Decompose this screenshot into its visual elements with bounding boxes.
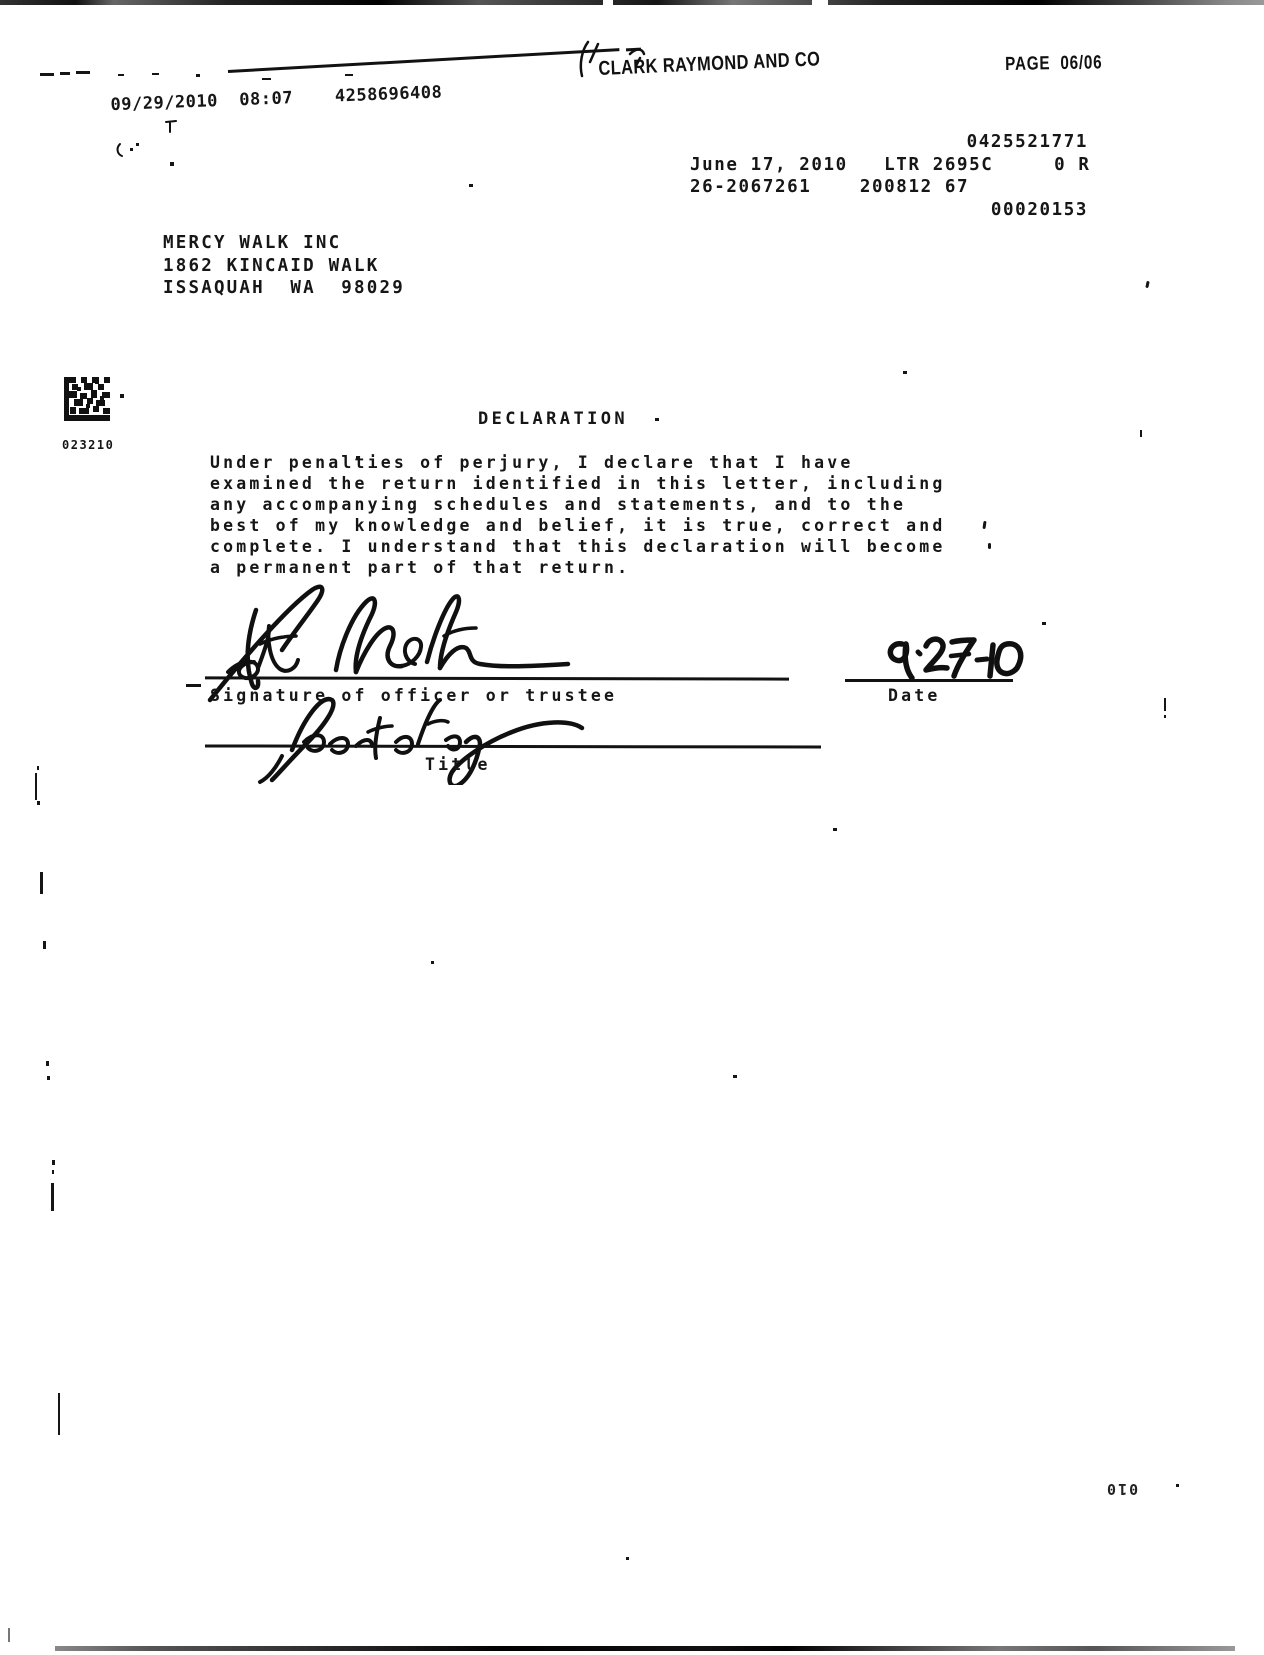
date-line: [845, 679, 1013, 682]
date-label: Date: [888, 686, 941, 705]
title-handwriting: [238, 680, 588, 785]
scan-artifact-dash: [152, 73, 159, 75]
recipient-city-state-zip: ISSAQUAH WA 98029: [163, 277, 405, 300]
date-handwriting: [880, 630, 1025, 685]
scan-artifact-dot: [903, 371, 907, 374]
scan-artifact-dash: [60, 72, 70, 75]
scan-artifact-dash: [43, 941, 46, 949]
scan-artifact-quote: [988, 543, 991, 549]
scan-artifact-dot: [130, 148, 133, 151]
scan-artifact-line: [35, 773, 37, 800]
scan-artifact-dot: [469, 184, 473, 187]
scan-artifact-comma: [1145, 281, 1149, 288]
scan-artifact-line: [40, 872, 43, 894]
scan-artifact-dot: [431, 961, 434, 964]
recipient-address-block: MERCY WALK INC 1862 KINCAID WALK ISSAQUA…: [163, 232, 405, 300]
scan-artifact-exclamation: [1164, 698, 1166, 711]
barcode-label: 023210: [62, 438, 114, 452]
scan-artifact-dash: [345, 74, 353, 76]
fax-number: 4258696408: [335, 82, 443, 106]
declaration-line: any accompanying schedules and statement…: [210, 494, 946, 515]
irs-letter-line: June 17, 2010 LTR 2695C 0 R: [690, 154, 1088, 177]
scan-artifact-dot: [120, 394, 124, 398]
scan-artifact-band-gap: [812, 0, 828, 6]
scan-artifact-dash: [262, 78, 271, 80]
scan-artifact-quote: [982, 521, 986, 529]
scan-artifact-band-gap: [603, 0, 613, 6]
scan-artifact-dot: [1176, 1484, 1179, 1487]
scanned-fax-page: { "fax_header": { "datetime": "09/29/201…: [0, 0, 1264, 1655]
scan-artifact-dot: [170, 162, 174, 166]
scan-artifact-dot: [52, 1170, 54, 1174]
scan-artifact-dot: [833, 828, 837, 831]
irs-reference-block: 0425521771 June 17, 2010 LTR 2695C 0 R 2…: [690, 131, 1088, 221]
declaration-body: Under penalties of perjury, I declare th…: [210, 452, 946, 578]
scan-artifact-dash: [76, 71, 90, 74]
scan-artifact-dash: [118, 74, 124, 76]
scan-artifact-dot: [52, 1160, 55, 1165]
recipient-name: MERCY WALK INC: [163, 232, 405, 255]
declaration-heading: DECLARATION: [478, 409, 628, 429]
declaration-line: complete. I understand that this declara…: [210, 536, 946, 557]
scan-artifact-dot: [1042, 622, 1046, 625]
recipient-street: 1862 KINCAID WALK: [163, 255, 405, 278]
scan-artifact-mark: [1140, 430, 1142, 437]
barcode-image: [64, 377, 110, 421]
scan-artifact-dash: [196, 74, 200, 77]
declaration-line: Under penalties of perjury, I declare th…: [210, 452, 946, 473]
scan-artifact-dot: [733, 1075, 737, 1078]
scan-artifact: [8, 1628, 10, 1642]
scan-artifact-top-band: [0, 0, 1264, 5]
scan-artifact-dot: [1164, 715, 1166, 718]
signature-line-stub: [186, 684, 201, 687]
scan-artifact-dot: [136, 143, 139, 146]
footer-page-number: 010: [1105, 1480, 1138, 1498]
scan-artifact-dot: [37, 766, 39, 770]
title-label: Title: [425, 755, 491, 774]
scan-artifact-dot: [655, 418, 659, 421]
scan-artifact-bottom-band: [55, 1646, 1235, 1651]
scan-artifact-line: [51, 1183, 54, 1211]
scan-artifact-dot: [37, 801, 40, 805]
irs-control-number: 00020153: [690, 199, 1088, 222]
scan-artifact-line: [58, 1393, 60, 1435]
scan-artifact-dash: [40, 73, 54, 76]
scan-artifact-dot: [46, 1061, 49, 1066]
scan-artifact-dot: [47, 1076, 50, 1080]
scan-artifact-dot: [626, 1557, 629, 1560]
irs-dln: 0425521771: [690, 131, 1088, 154]
fax-datetime: 09/29/2010 08:07: [110, 88, 293, 115]
handwriting-scribble: [574, 36, 664, 81]
declaration-line: examined the return identified in this l…: [210, 473, 946, 494]
irs-ein-line: 26-2067261 200812 67: [690, 176, 1088, 199]
declaration-line: best of my knowledge and belief, it is t…: [210, 515, 946, 536]
fax-page-indicator: PAGE 06/06: [1005, 52, 1103, 76]
